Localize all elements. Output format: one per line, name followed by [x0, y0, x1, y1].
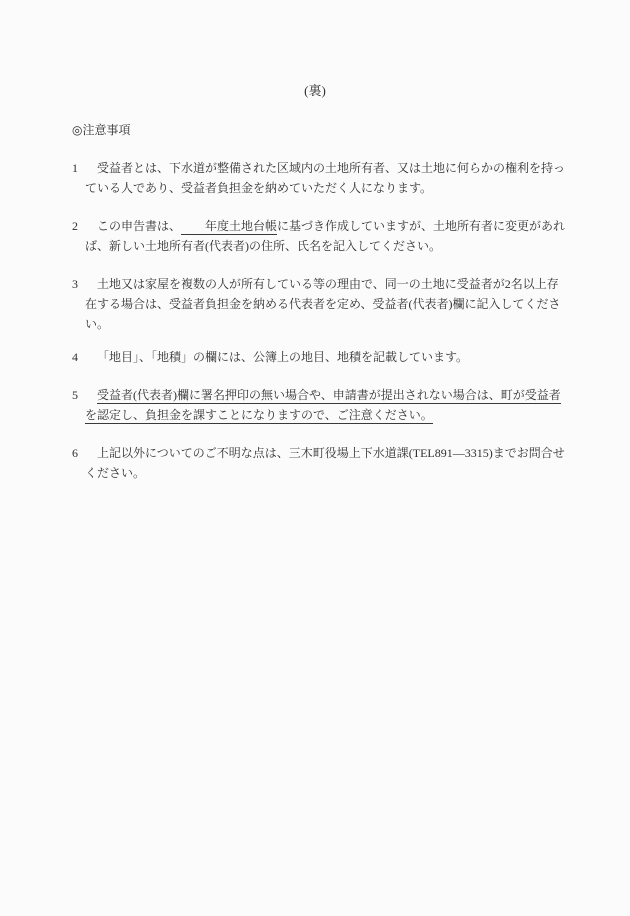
note-number: 4	[72, 347, 78, 367]
note-item: 2この申告書は、 年度土地台帳に基づき作成していますが、土地所有者に変更があれ …	[72, 216, 590, 256]
note-text-underlined	[181, 219, 205, 235]
note-text: この申告書は、	[97, 219, 181, 233]
note-item: 6上記以外についてのご不明な点は、三木町役場上下水道課(TEL891―3315)…	[72, 443, 590, 483]
note-number: 1	[72, 158, 78, 178]
note-item: 3土地又は家屋を複数の人が所有している等の理由で、同一の土地に受益者が2名以上存…	[72, 274, 590, 334]
note-text: 「地目」、「地積」の欄には、公簿上の地目、地積を記載しています。	[97, 350, 468, 364]
note-item: 1受益者とは、下水道が整備された区域内の土地所有者、又は土地に何らかの権利を持っ…	[72, 158, 590, 198]
note-number: 3	[72, 274, 78, 294]
page-side-label: (裏)	[0, 81, 630, 101]
document-page: (裏) ◎注意事項 1受益者とは、下水道が整備された区域内の土地所有者、又は土地…	[0, 0, 630, 916]
note-item: 5受益者(代表者)欄に署名押印の無い場合や、申請書が提出されない場合は、町が受益…	[72, 385, 590, 425]
note-text: 上記以外についてのご不明な点は、三木町役場上下水道課(TEL891―3315)ま…	[85, 446, 565, 480]
note-number: 6	[72, 443, 78, 463]
note-item: 4「地目」、「地積」の欄には、公簿上の地目、地積を記載しています。	[72, 347, 590, 367]
notes-heading: ◎注意事項	[72, 120, 590, 140]
notes-list: 1受益者とは、下水道が整備された区域内の土地所有者、又は土地に何らかの権利を持っ…	[72, 158, 590, 483]
note-text-underlined: 受益者(代表者)欄に署名押印の無い場合や、申請書が提出されない場合は、町が受益者…	[85, 388, 561, 424]
note-text: 土地又は家屋を複数の人が所有している等の理由で、同一の土地に受益者が2名以上存 …	[85, 277, 561, 331]
note-text: 受益者とは、下水道が整備された区域内の土地所有者、又は土地に何らかの権利を持っ …	[85, 161, 565, 195]
note-text-underlined: 年度土地台帳	[205, 219, 277, 235]
note-number: 2	[72, 216, 78, 236]
note-number: 5	[72, 385, 78, 405]
